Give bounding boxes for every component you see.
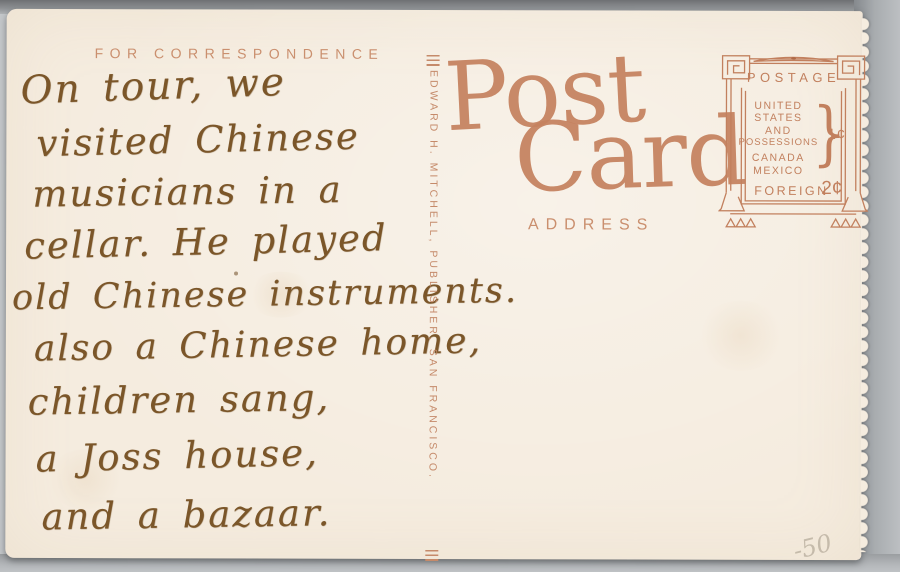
handwritten-line: old Chinese instruments. <box>12 274 518 317</box>
postcard-back: FOR CORRESPONDENCE On tour, we visited C… <box>5 9 862 560</box>
handwritten-line: a Joss house, <box>35 434 319 478</box>
logotype-card: Card <box>513 105 748 207</box>
handwritten-line: also a Chinese home, <box>34 323 483 367</box>
postage-title: POSTAGE <box>719 70 869 85</box>
domestic-rate: 1¢ <box>827 126 846 143</box>
divider-ornament-top <box>427 55 440 66</box>
foreign-label: FOREIGN <box>754 184 828 198</box>
handwritten-line: and a bazaar. <box>41 494 331 535</box>
publisher-credit: EDWARD H. MITCHELL, PUBLISHER, SAN FRANC… <box>420 70 439 546</box>
handwritten-line: cellar. He played <box>24 219 388 265</box>
correspondence-header: FOR CORRESPONDENCE <box>95 45 385 62</box>
handwritten-line: musicians in a <box>32 171 343 213</box>
divider-ornament-bottom <box>425 550 438 561</box>
handwritten-line: children sang, <box>27 379 330 420</box>
handwritten-line: visited Chinese <box>36 118 360 163</box>
foxing-spot <box>696 301 786 371</box>
pencil-price-mark: -50 <box>791 529 835 565</box>
foreign-rate: 2¢ <box>821 178 842 200</box>
address-label: ADDRESS <box>506 216 676 234</box>
handwritten-line: On tour, we <box>20 63 286 111</box>
